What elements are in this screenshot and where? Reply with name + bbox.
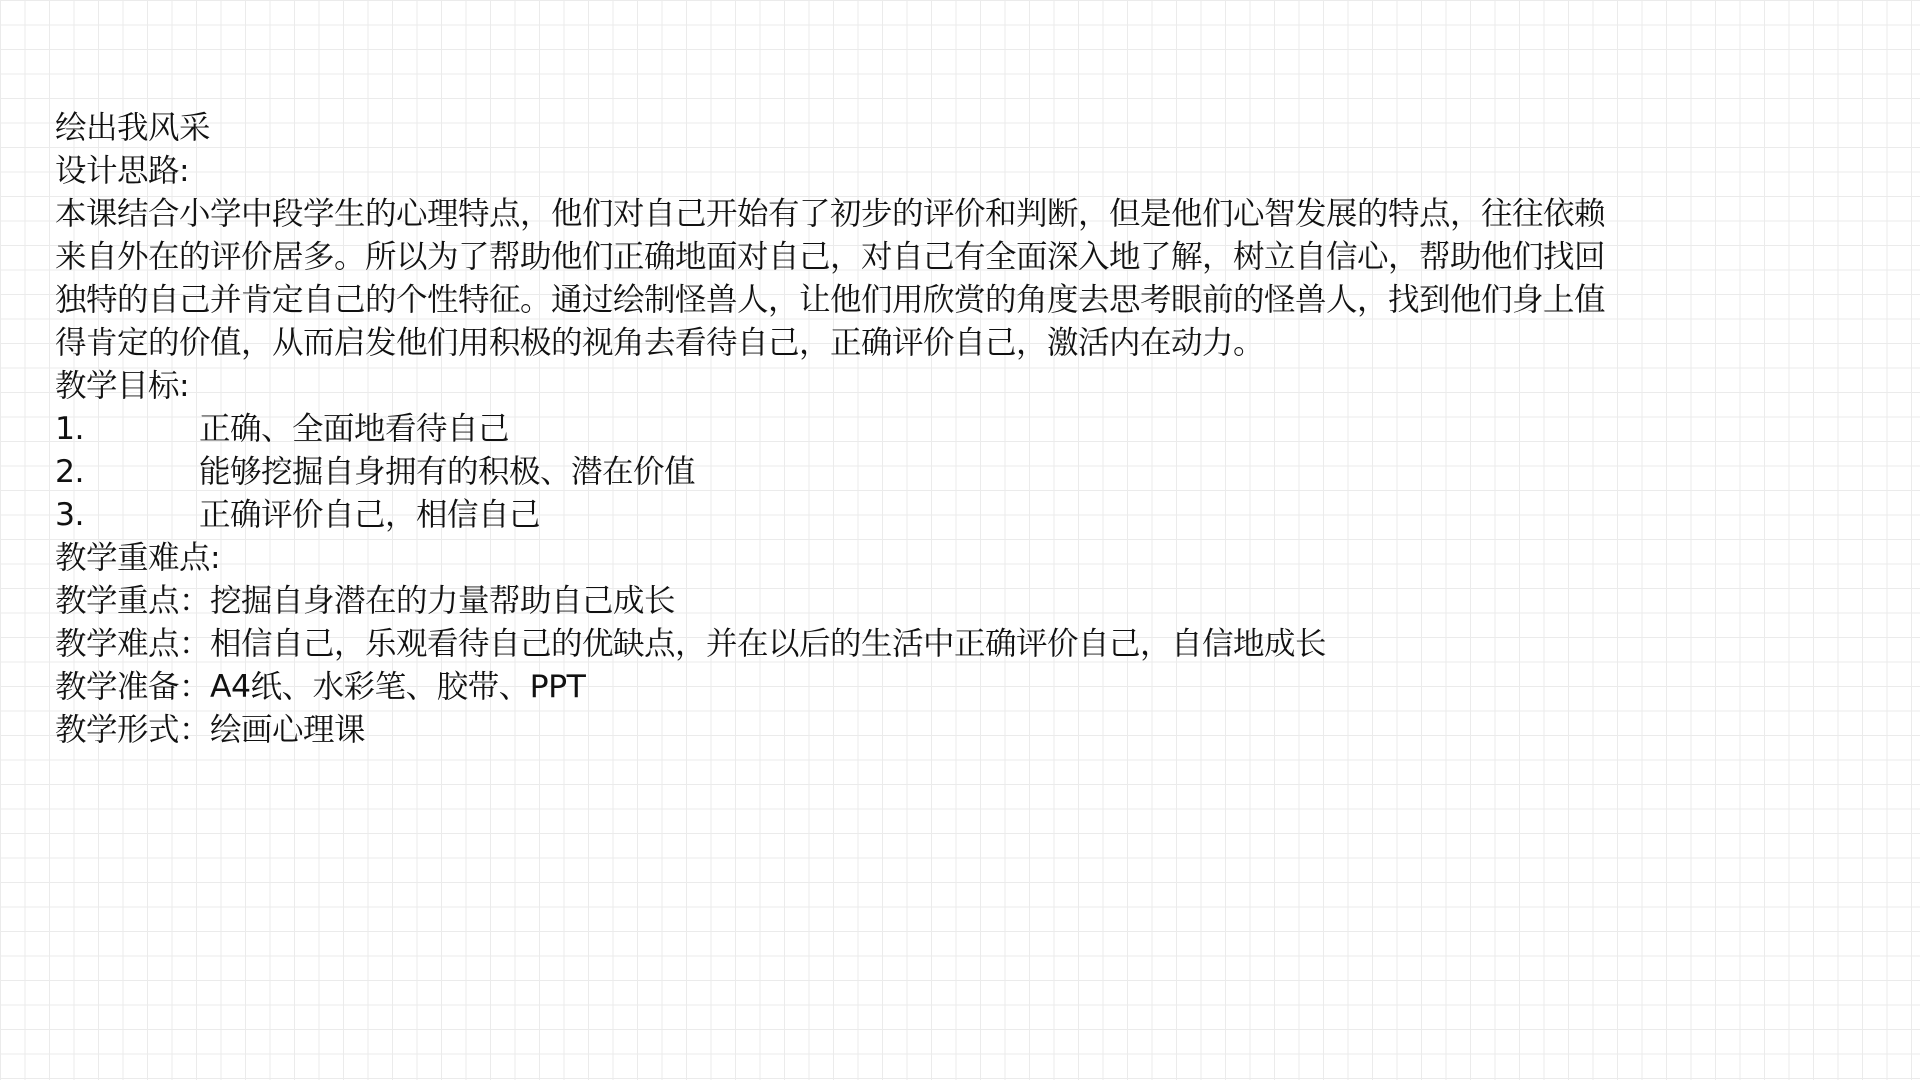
objective-item: 2. 能够挖掘自身拥有的积极、潜在价值 [55, 451, 1875, 494]
objective-text: 正确评价自己，相信自己 [199, 494, 540, 537]
objective-text: 能够挖掘自身拥有的积极、潜在价值 [199, 451, 695, 494]
document-title: 绘出我风采 [55, 107, 1875, 150]
teaching-format: 教学形式：绘画心理课 [55, 709, 1875, 752]
objective-item: 1. 正确、全面地看待自己 [55, 408, 1875, 451]
objective-number: 1. [55, 408, 199, 451]
design-paragraph-line: 得肯定的价值，从而启发他们用积极的视角去看待自己，正确评价自己，激活内在动力。 [55, 322, 1875, 365]
objective-number: 2. [55, 451, 199, 494]
design-paragraph-line: 来自外在的评价居多。所以为了帮助他们正确地面对自己，对自己有全面深入地了解，树立… [55, 236, 1875, 279]
lesson-plan-document: 绘出我风采 设计思路: 本课结合小学中段学生的心理特点，他们对自己开始有了初步的… [55, 107, 1875, 752]
objective-number: 3. [55, 494, 199, 537]
objective-item: 3. 正确评价自己，相信自己 [55, 494, 1875, 537]
difficult-point: 教学难点：相信自己，乐观看待自己的优缺点，并在以后的生活中正确评价自己，自信地成… [55, 623, 1875, 666]
design-paragraph-line: 本课结合小学中段学生的心理特点，他们对自己开始有了初步的评价和判断，但是他们心智… [55, 193, 1875, 236]
objective-text: 正确、全面地看待自己 [199, 408, 509, 451]
design-heading: 设计思路: [55, 150, 1875, 193]
preparation: 教学准备：A4纸、水彩笔、胶带、PPT [55, 666, 1875, 709]
design-paragraph-line: 独特的自己并肯定自己的个性特征。通过绘制怪兽人，让他们用欣赏的角度去思考眼前的怪… [55, 279, 1875, 322]
key-point: 教学重点：挖掘自身潜在的力量帮助自己成长 [55, 580, 1875, 623]
objectives-heading: 教学目标: [55, 365, 1875, 408]
key-difficult-heading: 教学重难点: [55, 537, 1875, 580]
